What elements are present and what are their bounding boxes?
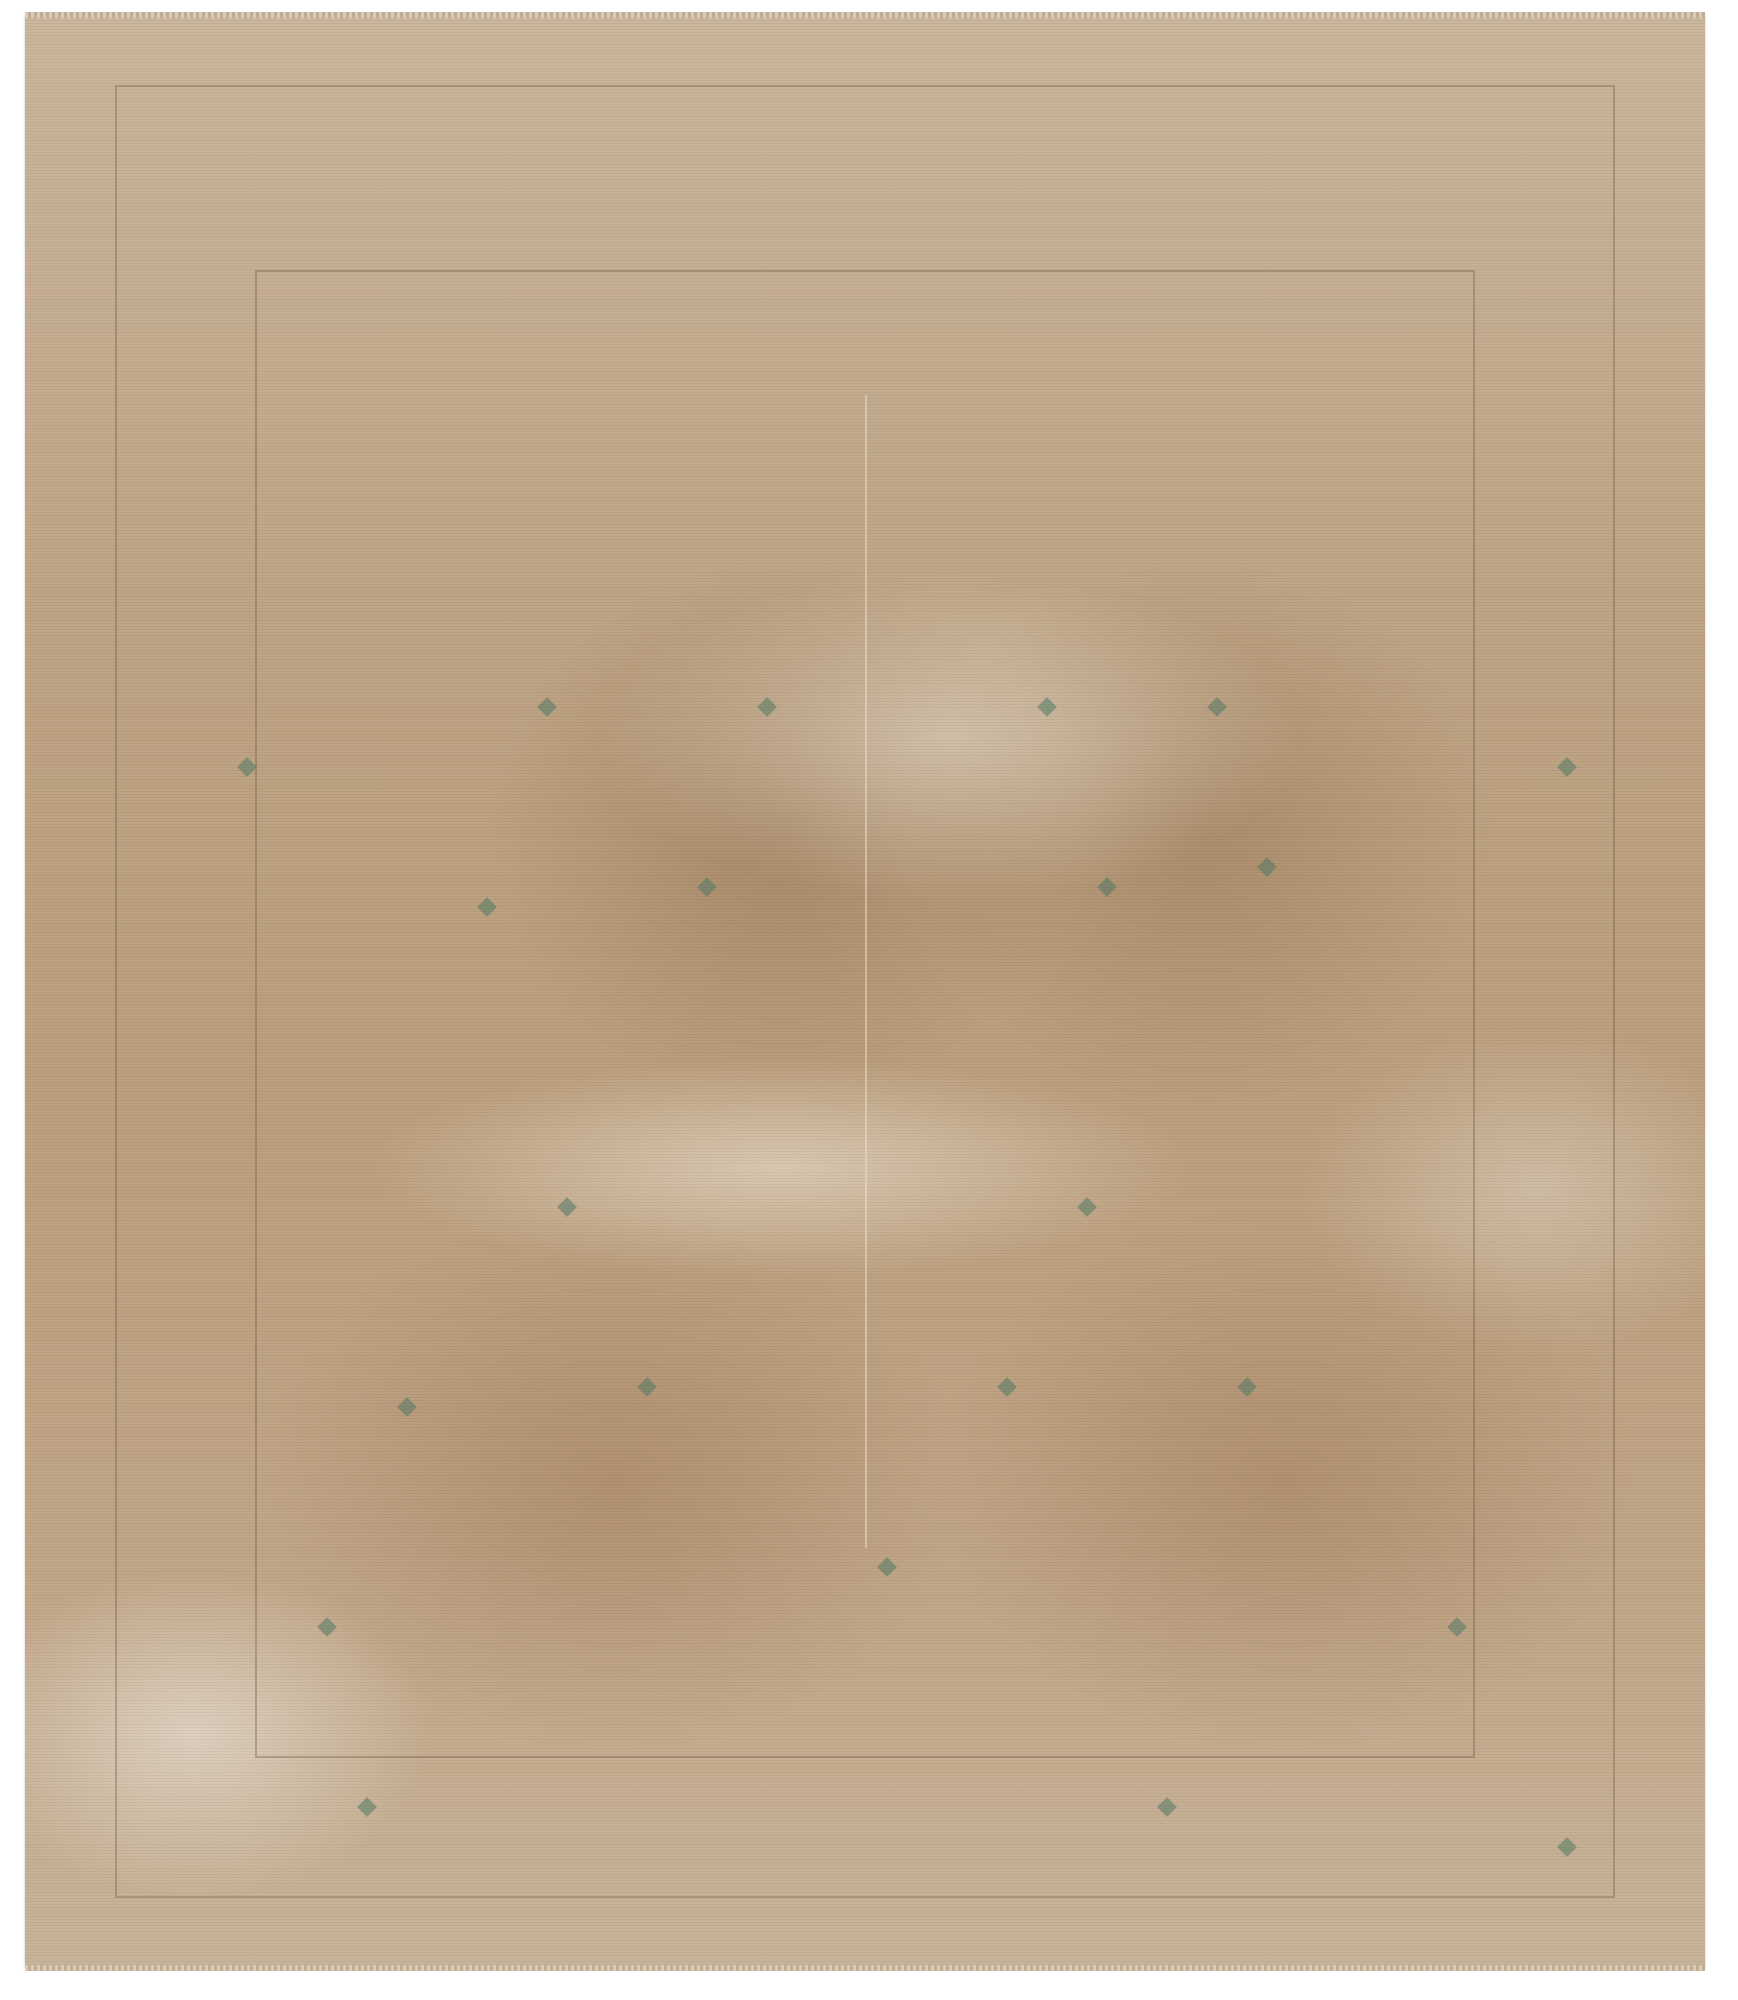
rug-photo bbox=[25, 15, 1705, 1968]
rug-fringe-top bbox=[25, 12, 1705, 18]
rug-center-seam bbox=[865, 395, 867, 1548]
rug-fringe-bottom bbox=[25, 1965, 1705, 1971]
